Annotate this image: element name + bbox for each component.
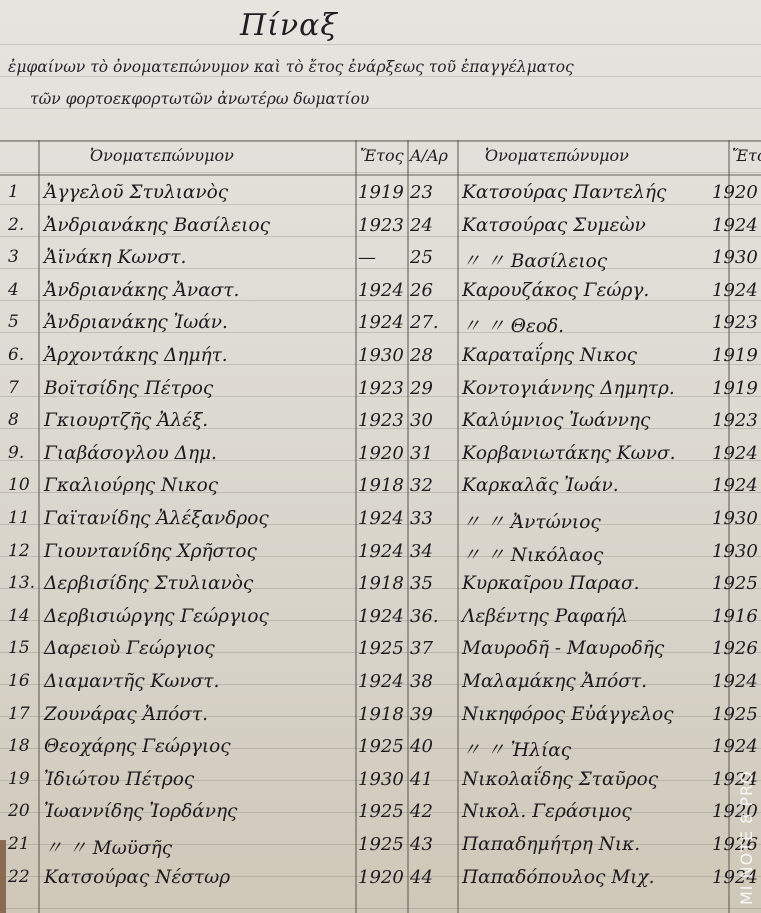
header-name-left: Ὀνοματεπώνυμον — [90, 146, 234, 165]
year-left: 1924 — [358, 671, 404, 692]
year-right: 1916 — [712, 606, 758, 627]
entry-number-right: 31 — [410, 443, 433, 464]
year-right: 1924 — [712, 475, 758, 496]
name-left: Ἀνδριανάκης Βασίλειος — [44, 215, 270, 236]
camera-watermark: MI NOTE 8 PRO — [737, 755, 759, 905]
name-left: Ἰδιώτου Πέτρος — [44, 769, 194, 790]
year-left: 1924 — [358, 508, 404, 529]
name-right: Κατσούρας Παντελής — [462, 182, 666, 203]
ruled-line — [0, 108, 761, 109]
name-left: Βοϊτσίδης Πέτρος — [44, 378, 213, 399]
row-number: 9. — [8, 443, 38, 463]
year-left: 1925 — [358, 801, 404, 822]
name-right: Παπαδόπουλος Μιχ. — [462, 867, 655, 888]
table-row: 20Ἰωαννίδης Ἰορδάνης192542Νικολ. Γεράσιμ… — [0, 797, 761, 829]
subtitle-line-2: τῶν φορτοεκφορτωτῶν ἀνωτέρω δωματίου — [30, 90, 369, 108]
table-row: 15Δαρειοὺ Γεώργιος192537Μαυροδῆ - Μαυροδ… — [0, 634, 761, 666]
entry-number-right: 27. — [410, 312, 439, 333]
name-left: Ἀνδριανάκης Ἰωάν. — [44, 312, 228, 333]
name-left: Ἀρχοντάκης Δημήτ. — [44, 345, 228, 366]
table-row: 17Ζουνάρας Ἀπόστ.191839Νικηφόρος Εὐάγγελ… — [0, 700, 761, 732]
table-row: 6.Ἀρχοντάκης Δημήτ.193028Καραταΐρης Νικο… — [0, 341, 761, 373]
table-row: 5Ἀνδριανάκης Ἰωάν.192427.〃 〃 Θεοδ.1923 — [0, 308, 761, 340]
year-right: 1930 — [712, 508, 758, 529]
name-left: Δερβισίδης Στυλιανὸς — [44, 573, 253, 594]
name-left: Ἀγγελοῦ Στυλιανὸς — [44, 182, 228, 203]
year-left: 1923 — [358, 378, 404, 399]
year-right: 1926 — [712, 638, 758, 659]
name-right: 〃 〃 Βασίλειος — [462, 247, 607, 273]
table-row: 8Γκιουρτζῆς Ἀλέξ.192330Καλύμνιος Ἰωάννης… — [0, 406, 761, 438]
year-left: 1930 — [358, 769, 404, 790]
year-left: 1924 — [358, 312, 404, 333]
year-left: 1924 — [358, 606, 404, 627]
header-name-right: Ὀνοματεπώνυμον — [485, 146, 629, 165]
row-number: 1 — [8, 182, 38, 202]
name-right: Κορβανιωτάκης Κωνσ. — [462, 443, 675, 464]
row-number: 6. — [8, 345, 38, 365]
name-left: Δερβισιώργης Γεώργιος — [44, 606, 269, 627]
name-right: Νικολ. Γεράσιμος — [462, 801, 632, 822]
name-right: 〃 〃 Θεοδ. — [462, 312, 564, 338]
year-left: 1920 — [358, 443, 404, 464]
table-row: 21〃 〃 Μωϋσῆς192543Παπαδημήτρη Νικ.1926 — [0, 830, 761, 862]
entry-number-right: 39 — [410, 704, 433, 725]
name-left: Θεοχάρης Γεώργιος — [44, 736, 231, 757]
table-row: 22Κατσούρας Νέστωρ192044Παπαδόπουλος Μιχ… — [0, 863, 761, 895]
name-right: Καραταΐρης Νικος — [462, 345, 637, 366]
year-right: 1923 — [712, 410, 758, 431]
name-left: Γκιουρτζῆς Ἀλέξ. — [44, 410, 208, 431]
row-number: 11 — [8, 508, 38, 528]
row-number: 13. — [8, 573, 38, 593]
name-right: Μαυροδῆ - Μαυροδῆς — [462, 638, 664, 659]
table-row: 9.Γιαβάσογλου Δημ.192031Κορβανιωτάκης Κω… — [0, 439, 761, 471]
row-number: 19 — [8, 769, 38, 789]
table-row: 4Ἀνδριανάκης Ἀναστ.192426Καρουζάκος Γεώρ… — [0, 276, 761, 308]
name-left: Ἀϊνάκη Κωνστ. — [44, 247, 186, 268]
entry-number-right: 34 — [410, 541, 433, 562]
year-left: 1924 — [358, 541, 404, 562]
entry-number-right: 41 — [410, 769, 433, 790]
year-left: 1920 — [358, 867, 404, 888]
year-right: 1924 — [712, 671, 758, 692]
name-right: Νικηφόρος Εὐάγγελος — [462, 704, 674, 725]
name-right: 〃 〃 Νικόλαος — [462, 541, 603, 567]
name-right: Λεβέντης Ραφαήλ — [462, 606, 628, 627]
entry-number-right: 32 — [410, 475, 433, 496]
name-right: Νικολαΐδης Σταῦρος — [462, 769, 658, 790]
year-right: 1924 — [712, 215, 758, 236]
year-left: 1925 — [358, 638, 404, 659]
row-number: 17 — [8, 704, 38, 724]
table-row: 3Ἀϊνάκη Κωνστ.—25〃 〃 Βασίλειος1930 — [0, 243, 761, 275]
entry-number-right: 43 — [410, 834, 433, 855]
table-row: 11Γαϊτανίδης Ἀλέξανδρος192433〃 〃 Ἀντώνιο… — [0, 504, 761, 536]
year-left: 1930 — [358, 345, 404, 366]
name-right: 〃 〃 Ἀντώνιος — [462, 508, 601, 534]
name-right: Κυρκαῖρου Παρασ. — [462, 573, 639, 594]
header-year-left: Ἔτος — [360, 146, 404, 165]
entry-number-right: 24 — [410, 215, 433, 236]
row-number: 12 — [8, 541, 38, 561]
year-left: 1925 — [358, 834, 404, 855]
entry-number-right: 35 — [410, 573, 433, 594]
name-right: Παπαδημήτρη Νικ. — [462, 834, 640, 855]
table-row: 1Ἀγγελοῦ Στυλιανὸς191923Κατσούρας Παντελ… — [0, 178, 761, 210]
table-row: 10Γκαλιούρης Νικος191832Καρκαλᾶς Ἰωάν.19… — [0, 471, 761, 503]
ruled-line — [0, 76, 761, 77]
year-left: 1923 — [358, 215, 404, 236]
row-number: 21 — [8, 834, 38, 854]
header-number: Α/Αρ — [410, 146, 448, 165]
name-left: Ζουνάρας Ἀπόστ. — [44, 704, 208, 725]
year-left: 1923 — [358, 410, 404, 431]
name-left: Γαϊτανίδης Ἀλέξανδρος — [44, 508, 269, 529]
table-row: 19Ἰδιώτου Πέτρος193041Νικολαΐδης Σταῦρος… — [0, 765, 761, 797]
name-left: Γκαλιούρης Νικος — [44, 475, 218, 496]
entry-number-right: 29 — [410, 378, 433, 399]
name-left: Γιουντανίδης Χρῆστος — [44, 541, 257, 562]
table-row: 7Βοϊτσίδης Πέτρος192329Κοντογιάννης Δημη… — [0, 374, 761, 406]
header-year-right: Ἔτος — [732, 146, 761, 165]
table-row: 12Γιουντανίδης Χρῆστος192434〃 〃 Νικόλαος… — [0, 537, 761, 569]
year-left: 1918 — [358, 573, 404, 594]
year-right: 1920 — [712, 182, 758, 203]
year-left: 1918 — [358, 704, 404, 725]
name-left: Ἀνδριανάκης Ἀναστ. — [44, 280, 239, 301]
ruled-line — [0, 172, 761, 173]
year-right: 1924 — [712, 280, 758, 301]
row-number: 20 — [8, 801, 38, 821]
year-right: 1930 — [712, 541, 758, 562]
name-right: 〃 〃 Ἠλίας — [462, 736, 571, 762]
ruled-line — [0, 44, 761, 45]
entry-number-right: 30 — [410, 410, 433, 431]
row-number: 16 — [8, 671, 38, 691]
year-right: 1930 — [712, 247, 758, 268]
year-left: — — [358, 247, 376, 268]
year-right: 1919 — [712, 345, 758, 366]
year-right: 1919 — [712, 378, 758, 399]
entry-number-right: 23 — [410, 182, 433, 203]
name-left: Κατσούρας Νέστωρ — [44, 867, 230, 888]
year-left: 1925 — [358, 736, 404, 757]
row-number: 2. — [8, 215, 38, 235]
year-left: 1924 — [358, 280, 404, 301]
name-right: Κοντογιάννης Δημητρ. — [462, 378, 675, 399]
row-number: 3 — [8, 247, 38, 267]
header-bottom-border — [0, 174, 761, 176]
name-right: Κατσούρας Συμεὼν — [462, 215, 646, 236]
name-left: Δαρειοὺ Γεώργιος — [44, 638, 215, 659]
row-number: 8 — [8, 410, 38, 430]
year-right: 1924 — [712, 443, 758, 464]
entry-number-right: 40 — [410, 736, 433, 757]
row-number: 14 — [8, 606, 38, 626]
year-right: 1925 — [712, 573, 758, 594]
row-number: 7 — [8, 378, 38, 398]
name-left: Ἰωαννίδης Ἰορδάνης — [44, 801, 237, 822]
entry-number-right: 44 — [410, 867, 433, 888]
year-right: 1925 — [712, 704, 758, 725]
entry-number-right: 36. — [410, 606, 439, 627]
table-row: 16Διαμαντῆς Κωνστ.192438Μαλαμάκης Ἀπόστ.… — [0, 667, 761, 699]
name-left: Διαμαντῆς Κωνστ. — [44, 671, 219, 692]
entry-number-right: 33 — [410, 508, 433, 529]
name-right: Καρκαλᾶς Ἰωάν. — [462, 475, 619, 496]
table-row: 14Δερβισιώργης Γεώργιος192436.Λεβέντης Ρ… — [0, 602, 761, 634]
name-left: Γιαβάσογλου Δημ. — [44, 443, 217, 464]
year-left: 1919 — [358, 182, 404, 203]
row-number: 10 — [8, 475, 38, 495]
table-top-border — [0, 140, 761, 142]
table-row: 13.Δερβισίδης Στυλιανὸς191835Κυρκαῖρου Π… — [0, 569, 761, 601]
entry-number-right: 25 — [410, 247, 433, 268]
year-left: 1918 — [358, 475, 404, 496]
row-number: 5 — [8, 312, 38, 332]
subtitle-line-1: ἐμφαίνων τὸ ὀνοματεπώνυμον καὶ τὸ ἔτος ἐ… — [8, 58, 574, 76]
table-row: 2.Ἀνδριανάκης Βασίλειος192324Κατσούρας Σ… — [0, 211, 761, 243]
year-right: 1923 — [712, 312, 758, 333]
name-right: Καρουζάκος Γεώργ. — [462, 280, 649, 301]
row-number: 4 — [8, 280, 38, 300]
page-edge — [0, 840, 6, 913]
entry-number-right: 38 — [410, 671, 433, 692]
table-row: 18Θεοχάρης Γεώργιος192540〃 〃 Ἠλίας1924 — [0, 732, 761, 764]
entry-number-right: 26 — [410, 280, 433, 301]
name-right: Μαλαμάκης Ἀπόστ. — [462, 671, 647, 692]
row-number: 15 — [8, 638, 38, 658]
row-number: 18 — [8, 736, 38, 756]
entry-number-right: 42 — [410, 801, 433, 822]
ruled-line — [0, 908, 761, 909]
entry-number-right: 28 — [410, 345, 433, 366]
entry-number-right: 37 — [410, 638, 433, 659]
name-right: Καλύμνιος Ἰωάννης — [462, 410, 650, 431]
name-left: 〃 〃 Μωϋσῆς — [44, 834, 172, 860]
page-title: Πίναξ — [240, 8, 338, 43]
row-number: 22 — [8, 867, 38, 887]
